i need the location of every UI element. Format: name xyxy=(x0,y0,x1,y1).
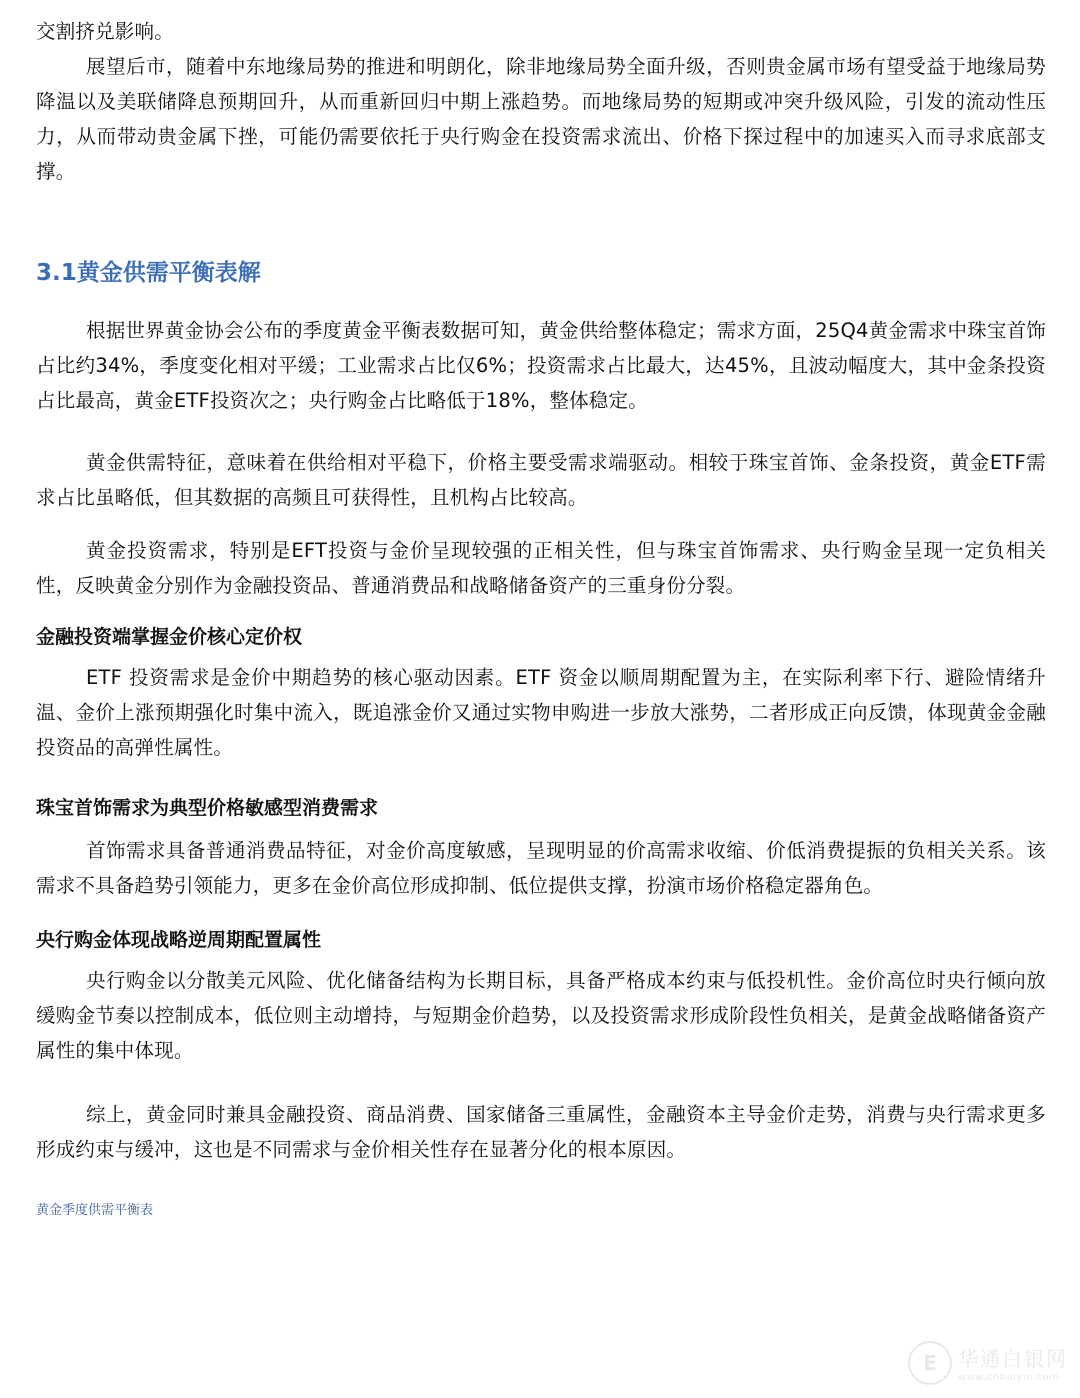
balance-sheet-paragraph: 根据世界黄金协会公布的季度黄金平衡表数据可知，黄金供给整体稳定；需求方面，25Q… xyxy=(36,313,1046,418)
watermark-logo-icon: E xyxy=(908,1341,952,1385)
intro-tail-text: 交割挤兑影响。 xyxy=(36,14,1046,49)
outlook-paragraph: 展望后市，随着中东地缘局势的推进和明朗化，除非地缘局势全面升级，否则贵金属市场有… xyxy=(36,49,1046,189)
central-bank-paragraph: 央行购金以分散美元风险、优化储备结构为长期目标，具备严格成本约束与低投机性。金价… xyxy=(36,963,1046,1068)
investment-demand-paragraph: 黄金投资需求，特别是EFT投资与金价呈现较强的正相关性，但与珠宝首饰需求、央行购… xyxy=(36,533,1046,603)
watermark-text: 华通白银网 www.chbaiyin.com xyxy=(958,1343,1068,1383)
etf-paragraph: ETF 投资需求是金价中期趋势的核心驱动因素。ETF 资金以顺周期配置为主，在实… xyxy=(36,660,1046,765)
supply-demand-paragraph: 黄金供需特征，意味着在供给相对平稳下，价格主要受需求端驱动。相较于珠宝首饰、金条… xyxy=(36,445,1046,515)
figure-caption: 黄金季度供需平衡表 xyxy=(36,1199,153,1218)
section-title: 3.1黄金供需平衡表解 xyxy=(36,254,261,287)
subheading-financial-pricing: 金融投资端掌握金价核心定价权 xyxy=(36,620,302,655)
subheading-central-bank: 央行购金体现战略逆周期配置属性 xyxy=(36,923,321,958)
watermark-name: 华通白银网 xyxy=(958,1343,1068,1372)
watermark-url: www.chbaiyin.com xyxy=(958,1372,1068,1383)
conclusion-paragraph: 综上，黄金同时兼具金融投资、商品消费、国家储备三重属性，金融资本主导金价走势，消… xyxy=(36,1097,1046,1167)
subheading-jewelry-demand: 珠宝首饰需求为典型价格敏感型消费需求 xyxy=(36,791,378,826)
watermark: E 华通白银网 www.chbaiyin.com xyxy=(908,1332,1078,1394)
jewelry-paragraph: 首饰需求具备普通消费品特征，对金价高度敏感，呈现明显的价高需求收缩、价低消费提振… xyxy=(36,833,1046,903)
